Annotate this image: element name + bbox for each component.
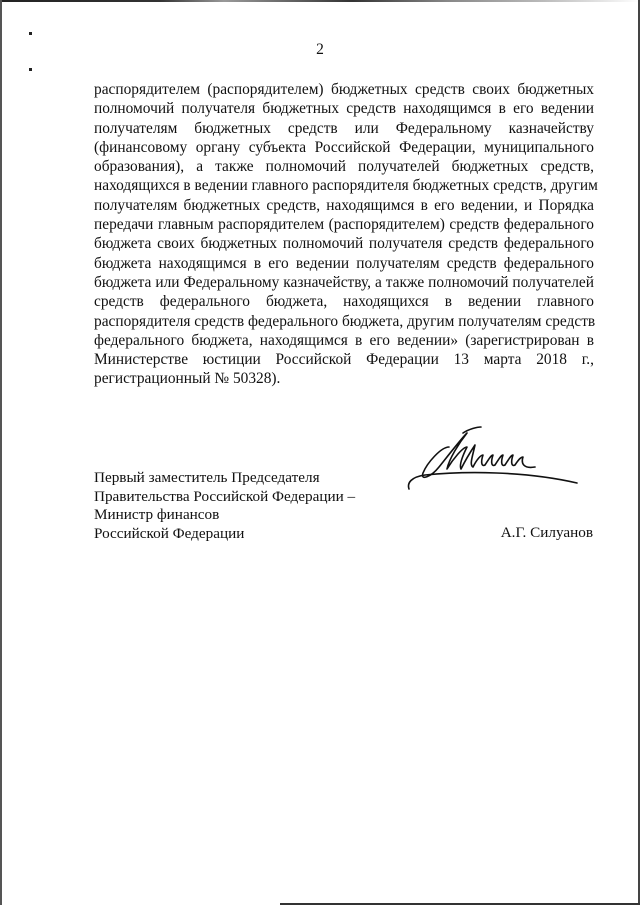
body-line: передачи главным распорядителем (распоря…	[94, 215, 594, 234]
signatory-title-line: Правительства Российской Федерации –	[94, 488, 355, 507]
scan-edge-left	[0, 0, 2, 905]
body-line: средств федерального бюджета, находящихс…	[94, 292, 594, 311]
signatory-title-line: Первый заместитель Председателя	[94, 469, 355, 488]
signatory-title: Первый заместитель Председателя Правител…	[94, 469, 355, 543]
body-paragraph: распорядителем (распорядителем) бюджетны…	[94, 80, 594, 389]
body-line: бюджета или Федеральному казначейству, а…	[94, 273, 594, 292]
scan-edge-top	[0, 0, 640, 2]
signature-icon	[405, 425, 580, 490]
body-line: полномочий получателя бюджетных средств …	[94, 99, 594, 118]
body-line: бюджета находящимся в его ведении получа…	[94, 254, 594, 273]
body-line: получателям бюджетных средств, находящим…	[94, 196, 594, 215]
body-line: Министерстве юстиции Российской Федераци…	[94, 350, 594, 369]
scan-speck	[29, 68, 32, 71]
signer-name: А.Г. Силуанов	[501, 524, 593, 542]
page-number: 2	[0, 41, 640, 59]
document-page: 2 распорядителем (распорядителем) бюджет…	[0, 0, 640, 905]
body-line: получателям бюджетных средств или Федера…	[94, 119, 594, 138]
body-line: федерального бюджета, находящимся в его …	[94, 331, 594, 350]
scan-speck	[29, 32, 32, 35]
signatory-title-line: Министр финансов	[94, 506, 355, 525]
body-line: регистрационный № 50328).	[94, 369, 594, 388]
body-line: бюджета своих бюджетных полномочий получ…	[94, 234, 594, 253]
body-line: образования), а также полномочий получат…	[94, 157, 594, 176]
body-line: распорядителем (распорядителем) бюджетны…	[94, 80, 594, 99]
body-line: находящихся в ведении главного распоряди…	[94, 176, 594, 195]
body-line: (финансовому органу субъекта Российской …	[94, 138, 594, 157]
body-line: распорядителя средств федерального бюдже…	[94, 312, 594, 331]
signatory-title-line: Российской Федерации	[94, 525, 355, 544]
